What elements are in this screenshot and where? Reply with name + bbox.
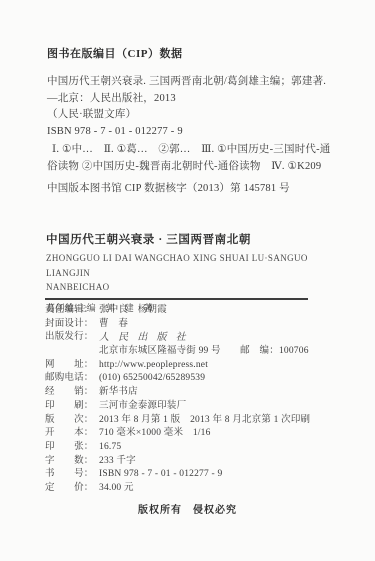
colophon-row: 版 次：2013 年 8 月第 1 版 2013 年 8 月北京第 1 次印刷 [45, 414, 355, 428]
phone-number: (010) 65250042/65289539 [99, 373, 205, 383]
row-label: 经 销： [45, 386, 99, 400]
publisher-address: 北京市东城区隆福寺街 99 号 邮 编：100706 [99, 346, 309, 356]
colophon-row: 印 刷：三河市金泰源印装厂 [45, 400, 355, 414]
cip-line: （人民·联盟文库） [47, 107, 339, 124]
pinyin-line: NANBEICHAO [46, 280, 345, 295]
cip-line: 中国历代王朝兴衰录. 三国两晋南北朝/葛剑雄主编；郭建著. [47, 74, 339, 91]
cip-line: —北京：人民出版社，2013 [47, 91, 339, 108]
cip-block: 中国历代王朝兴衰录. 三国两晋南北朝/葛剑雄主编；郭建著. —北京：人民出版社，… [47, 74, 339, 197]
row-label: 字 数： [45, 455, 99, 469]
row-value: 新华书店 [99, 387, 138, 397]
website-url: http://www.peoplepress.net [99, 360, 208, 370]
cip-classification-line: Ⅰ. ①中… Ⅱ. ①葛… ②郭… Ⅲ. ①中国历史-三国时代-通 [47, 142, 339, 159]
colophon-row: 定 价：34.00 元 [45, 482, 355, 496]
word-count: 233 千字 [99, 456, 136, 466]
sheet-count: 16.75 [99, 442, 121, 452]
copyright-page: 图书在版编目（CIP）数据 中国历代王朝兴衰录. 三国两晋南北朝/葛剑雄主编；郭… [0, 0, 375, 561]
row-label: 出版发行： [45, 331, 99, 345]
cip-header: 图书在版编目（CIP）数据 [47, 45, 182, 61]
price: 34.00 元 [99, 483, 134, 493]
row-label: 书 号： [45, 468, 99, 482]
row-label: 印 张： [45, 441, 99, 455]
title-block: 中国历代王朝兴衰录 · 三国两晋南北朝 ZHONGGUO LI DAI WANG… [46, 231, 345, 314]
row-label: 网 址： [45, 359, 99, 373]
row-label: 开 本： [45, 427, 99, 441]
colophon-row: 字 数：233 千字 [45, 455, 355, 469]
publisher-logotype: 人 民 出 版 社 [99, 332, 189, 343]
row-label: 定 价： [45, 482, 99, 496]
format-info: 710 毫米×1000 毫米 1/16 [99, 428, 211, 438]
colophon-row: 出版发行：人 民 出 版 社 [45, 331, 355, 345]
colophon-row: 封面设计：曹 春 [45, 318, 355, 332]
row-label: 责任编辑： [45, 304, 99, 318]
row-value: 曹 春 [99, 319, 128, 329]
colophon-block: 责任编辑：张中良 杨朝霞 封面设计：曹 春 出版发行：人 民 出 版 社 北京市… [45, 304, 355, 496]
book-title-pinyin: ZHONGGUO LI DAI WANGCHAO XING SHUAI LU·S… [46, 251, 345, 295]
row-value: 张中良 杨朝霞 [99, 305, 167, 315]
colophon-row: 经 销：新华书店 [45, 386, 355, 400]
book-title: 中国历代王朝兴衰录 · 三国两晋南北朝 [46, 231, 345, 247]
colophon-row: 邮购电话：(010) 65250042/65289539 [45, 372, 355, 386]
divider-rule [45, 298, 308, 300]
edition-info: 2013 年 8 月第 1 版 2013 年 8 月北京第 1 次印刷 [99, 415, 310, 425]
cip-isbn-line: ISBN 978 - 7 - 01 - 012277 - 9 [47, 124, 339, 141]
row-value: 三河市金泰源印装厂 [99, 401, 186, 411]
row-label: 邮购电话： [45, 372, 99, 386]
colophon-row: 责任编辑：张中良 杨朝霞 [45, 304, 355, 318]
cip-classification-line: 俗读物 ②中国历史-魏晋南北朝时代-通俗读物 Ⅳ. ①K209 [47, 159, 339, 176]
cip-record-number: 中国版本图书馆 CIP 数据核字（2013）第 145781 号 [47, 181, 339, 198]
pinyin-line: ZHONGGUO LI DAI WANGCHAO XING SHUAI LU·S… [46, 251, 345, 280]
copyright-notice: 版权所有 侵权必究 [0, 501, 375, 516]
colophon-row: 北京市东城区隆福寺街 99 号 邮 编：100706 [45, 345, 355, 359]
colophon-row: 开 本：710 毫米×1000 毫米 1/16 [45, 427, 355, 441]
row-label: 版 次： [45, 414, 99, 428]
isbn-number: ISBN 978 - 7 - 01 - 012277 - 9 [99, 469, 222, 479]
colophon-row: 印 张：16.75 [45, 441, 355, 455]
colophon-row: 网 址：http://www.peoplepress.net [45, 359, 355, 373]
row-label: 封面设计： [45, 318, 99, 332]
colophon-row: 书 号：ISBN 978 - 7 - 01 - 012277 - 9 [45, 468, 355, 482]
row-label: 印 刷： [45, 400, 99, 414]
